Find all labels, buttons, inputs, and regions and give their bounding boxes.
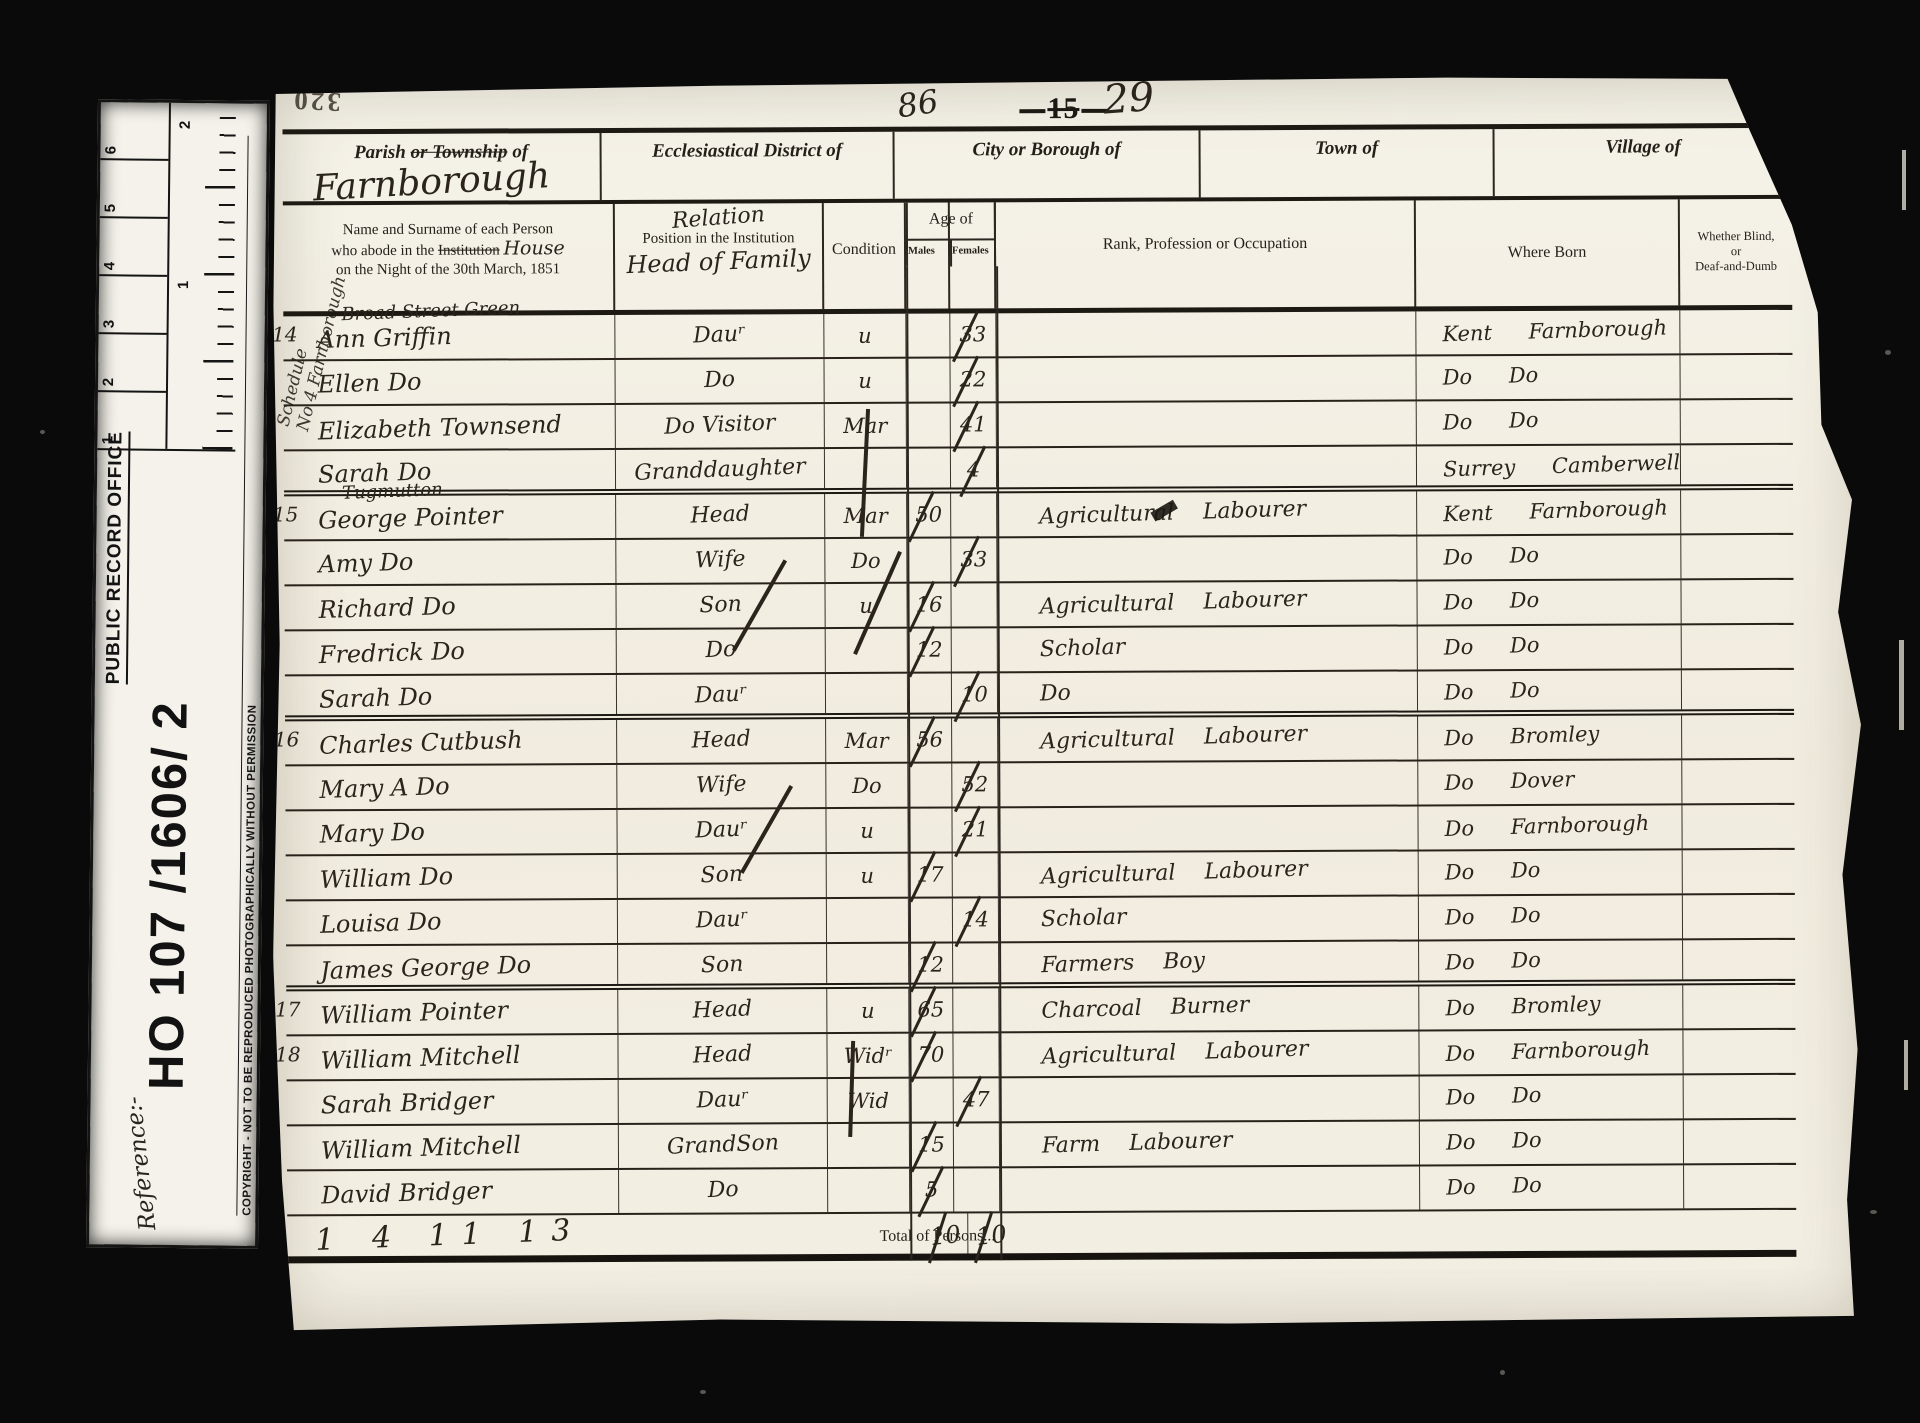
age-male-value: 50	[915, 503, 942, 527]
relation-value: Head	[692, 996, 752, 1023]
relation-cell: Head	[618, 989, 827, 1033]
table-row: Fredrick Do Do 12 Scholar Do Do	[285, 625, 1794, 677]
occupation-cell: Scholar	[998, 626, 1418, 671]
relation-cell: Son	[618, 944, 827, 984]
occupation-cell	[997, 401, 1417, 446]
occupation-cell	[997, 536, 1417, 581]
ruler-inch-band: 1 2	[167, 103, 236, 450]
age-female-value: 52	[961, 772, 988, 796]
person-name: Fredrick Do	[318, 637, 465, 669]
film-speck	[1500, 1370, 1505, 1375]
age-male-value: 17	[917, 863, 944, 887]
condition-value: u	[861, 999, 875, 1023]
age-female-value: 21	[962, 817, 989, 841]
blind-deaf-cell	[1681, 490, 1793, 533]
schedule-number: 115	[260, 502, 298, 526]
struck-folio-number: 15	[1017, 92, 1109, 126]
name-cell: George Pointer	[284, 495, 616, 539]
blind-deaf-cell	[1680, 310, 1792, 353]
age-female-cell: 52	[952, 763, 998, 806]
person-name: Richard Do	[318, 592, 456, 624]
birthplace-cell: Do Do	[1420, 1075, 1684, 1119]
film-speck	[1885, 350, 1891, 355]
condition-cell	[828, 1169, 910, 1212]
age-female-value: 41	[960, 412, 987, 436]
folio-number: 29	[1102, 74, 1156, 124]
name-cell: Sarah Bridger	[287, 1080, 619, 1124]
age-male-cell: 12	[908, 629, 952, 672]
relation-cell: Do	[619, 1169, 828, 1213]
age-female-cell	[951, 493, 997, 536]
relation-cell: Dauʳ	[615, 314, 824, 358]
birthplace-cell: Do Do	[1417, 535, 1681, 579]
birthplace-value: Surrey Camberwell	[1443, 450, 1681, 481]
blind-deaf-cell	[1683, 895, 1795, 938]
condition-cell: u	[824, 359, 906, 402]
occupation-cell	[998, 761, 1418, 806]
age-male-value: 15	[918, 1133, 945, 1157]
person-name: James George Do	[320, 951, 532, 985]
age-female-value: 14	[962, 907, 989, 931]
occupation-cell: Agricultural Labourer	[997, 581, 1417, 626]
relation-value: Do Visitor	[664, 410, 776, 439]
birthplace-value: Kent Farnborough	[1443, 495, 1668, 526]
occupation-cell: Agricultural Labourer	[997, 491, 1417, 536]
birthplace-cell: Do Dover	[1418, 760, 1682, 804]
table-body: 114 Broad Street Green Ann Griffin Dauʳ …	[283, 310, 1796, 1217]
blind-deaf-cell	[1683, 1030, 1795, 1073]
blind-deaf-cell	[1681, 535, 1793, 578]
blind-deaf-cell	[1684, 1120, 1796, 1163]
age-male-cell	[907, 449, 951, 488]
ruler-inch-number: 1	[175, 281, 192, 290]
condition-cell: Mar	[826, 719, 908, 762]
blind-deaf-cell	[1683, 985, 1795, 1028]
relation-cell: Do	[617, 629, 826, 673]
name-cell: Fredrick Do	[285, 630, 617, 674]
name-cell: Richard Do	[284, 585, 616, 629]
relation-cell: Head	[616, 494, 825, 538]
occupation-value: Farmers Boy	[1041, 948, 1206, 978]
person-name: William Mitchell	[321, 1131, 522, 1165]
age-male-value: 65	[917, 998, 944, 1022]
enumerator-mark: 86	[895, 82, 941, 125]
birthplace-value: Do Do	[1443, 588, 1539, 615]
name-cell: Mary Do	[285, 810, 617, 854]
relation-cell: Granddaughter	[616, 449, 825, 489]
condition-cell: u	[827, 989, 909, 1032]
ruler-number: 1	[97, 390, 166, 449]
age-male-value: 70	[918, 1043, 945, 1067]
occupation-value: Farm Labourer	[1042, 1128, 1233, 1159]
birthplace-value: Do Farnborough	[1444, 811, 1649, 841]
ruler-cm-band: 1 2 3 4 5 6	[97, 102, 171, 449]
pro-card-rotated-content: Reference:- HO 107 /1606/ 2 PUBLIC RECOR…	[89, 102, 267, 1246]
age-female-value: 33	[960, 547, 987, 571]
name-cell: Sarah Do	[285, 675, 617, 715]
person-name: Sarah Bridger	[320, 1086, 494, 1119]
birthplace-value: Do Do	[1446, 1173, 1542, 1200]
name-cell: Amy Do	[284, 540, 616, 584]
name-cell: William Pointer	[286, 990, 618, 1034]
total-males-cell: 10	[923, 1213, 967, 1253]
age-female-value: 33	[959, 322, 986, 346]
birthplace-cell: Do Do	[1420, 1165, 1684, 1209]
occupation-cell: Charcoal Burner	[999, 986, 1419, 1031]
person-name: Mary A Do	[319, 772, 450, 804]
blind-deaf-cell	[1682, 805, 1794, 848]
condition-cell: Widʳ	[827, 1034, 909, 1077]
column-rule	[906, 267, 908, 314]
birthplace-cell: Do Do	[1417, 580, 1681, 624]
condition-cell	[826, 674, 908, 713]
occupation-cell	[996, 311, 1416, 356]
relation-value: Dauʳ	[693, 321, 747, 348]
age-male-cell	[908, 764, 952, 807]
condition-cell: Mar	[825, 494, 907, 537]
where-born-column-header: Where Born	[1416, 199, 1680, 306]
page-number-stamp: 320	[291, 84, 342, 117]
occupation-value: Agricultural Labourer	[1040, 856, 1308, 889]
occupation-value: Agricultural Labourer	[1039, 586, 1307, 619]
condition-cell	[827, 944, 909, 983]
relation-cell: Dauʳ	[619, 1079, 828, 1123]
blind-deaf-cell	[1681, 580, 1793, 623]
age-male-cell: 50	[907, 494, 951, 537]
relation-cell: Wife	[616, 539, 825, 583]
person-name: George Pointer	[318, 501, 503, 535]
occupation-cell	[998, 806, 1418, 851]
age-male-cell	[907, 539, 951, 582]
occupation-cell: Agricultural Labourer	[999, 1031, 1419, 1076]
person-name: William Do	[319, 862, 453, 894]
occupation-cell	[1000, 1076, 1420, 1121]
blind-deaf-cell	[1682, 760, 1794, 803]
age-female-cell: 33	[950, 313, 996, 356]
occupation-cell	[1000, 1166, 1420, 1211]
relation-value: Dauʳ	[694, 681, 748, 708]
blind-deaf-cell	[1681, 400, 1793, 443]
age-female-value: 10	[961, 682, 988, 706]
blind-deaf-cell	[1682, 625, 1794, 668]
census-sheet: 320 86 15 29 Schedule No 4 Farnborough P…	[269, 75, 1866, 1332]
blind-deaf-cell	[1682, 715, 1794, 758]
table-row: Ellen Do Do u 22 Do Do	[284, 355, 1793, 407]
table-row: Amy Do Wife Do 33 Do Do	[284, 535, 1793, 587]
age-male-cell	[909, 899, 953, 942]
person-name: Mary Do	[319, 817, 425, 848]
age-female-cell: 47	[954, 1078, 1000, 1121]
relation-value: Head	[691, 726, 751, 753]
birthplace-value: Do Do	[1445, 1083, 1541, 1110]
birthplace-cell: Do Farnborough	[1418, 805, 1682, 849]
condition-value: u	[860, 819, 874, 843]
person-name: William Mitchell	[320, 1041, 521, 1075]
birthplace-cell: Do Do	[1416, 355, 1680, 399]
birthplace-value: Do Do	[1442, 363, 1538, 390]
person-name: Louisa Do	[320, 907, 442, 939]
table-row: James George Do Son 12 Farmers Boy Do Do	[286, 940, 1795, 992]
total-females-cell: 10	[967, 1213, 1013, 1253]
table-row: Mary Do Dauʳ u 21 Do Farnborough	[285, 805, 1794, 857]
name-cell: Ellen Do	[284, 360, 616, 404]
occupation-value: Agricultural Labourer	[1041, 1036, 1309, 1069]
ruler-number: 2	[98, 332, 167, 391]
birthplace-cell: Do Bromley	[1418, 715, 1682, 759]
age-female-cell	[953, 943, 999, 982]
age-male-cell	[908, 809, 952, 852]
age-male-cell	[910, 1079, 954, 1122]
schedule-number: 118	[262, 1042, 300, 1066]
village-cell: Village of	[1495, 128, 1792, 196]
table-row: David Bridger Do 5 Do Do	[287, 1165, 1796, 1217]
condition-cell: u	[827, 854, 909, 897]
table-row: Louisa Do Dauʳ 14 Scholar Do Do	[286, 895, 1795, 947]
age-male-cell: 12	[909, 944, 953, 983]
age-female-cell	[953, 853, 999, 896]
age-male-value: 12	[917, 953, 944, 977]
person-name: Charles Cutbush	[319, 726, 523, 760]
females-label: Females	[952, 240, 994, 266]
relation-cell: Dauʳ	[617, 809, 826, 853]
table-row: 117 William Pointer Head u 65 Charcoal B…	[286, 985, 1795, 1037]
person-name: Amy Do	[318, 548, 414, 579]
film-speck	[1870, 1210, 1877, 1214]
blind-deaf-cell	[1684, 1165, 1796, 1208]
condition-cell	[828, 1124, 910, 1167]
table-row: Sarah Do Dauʳ 10 Do Do Do	[285, 670, 1794, 722]
relation-cell: Dauʳ	[618, 899, 827, 943]
copyright-notice: COPYRIGHT - NOT TO BE REPRODUCED PHOTOGR…	[236, 136, 264, 1216]
birthplace-cell: Do Do	[1417, 400, 1681, 444]
total-males-value: 10	[929, 1220, 962, 1251]
condition-cell: Wid	[828, 1079, 910, 1122]
table-row: Elizabeth Townsend Do Visitor Mar 41 Do …	[284, 400, 1793, 452]
birthplace-value: Do Bromley	[1445, 992, 1601, 1021]
person-name: William Pointer	[320, 996, 509, 1030]
table-row: William Mitchell GrandSon 15 Farm Labour…	[287, 1120, 1796, 1172]
age-female-cell: 4	[951, 448, 997, 487]
table-row: 116 Charles Cutbush Head Mar 56 Agricult…	[285, 715, 1794, 767]
age-female-cell	[951, 583, 997, 626]
person-name: Sarah Do	[319, 682, 433, 713]
relation-column-header: Relation Position in the Institution Hea…	[615, 203, 824, 310]
name-cell: Mary A Do	[285, 765, 617, 809]
birthplace-cell: Kent Farnborough	[1417, 490, 1681, 534]
person-name: David Bridger	[321, 1176, 493, 1209]
occupation-value: Scholar	[1041, 905, 1127, 933]
condition-value: Wid	[847, 1089, 888, 1113]
relation-cell: Do	[615, 359, 824, 403]
birthplace-value: Do Do	[1446, 1128, 1542, 1155]
relation-cell: Son	[616, 584, 825, 628]
age-of-header: Age of Males Females	[906, 202, 996, 266]
relation-cell: Do Visitor	[616, 404, 825, 448]
birthplace-value: Do Do	[1444, 858, 1540, 885]
place-header-band: Parish or Township of Farnborough Eccles…	[282, 123, 1791, 206]
blind-deaf-cell	[1681, 445, 1793, 484]
birthplace-value: Do Farnborough	[1445, 1036, 1650, 1066]
relation-value: Son	[699, 592, 742, 619]
relation-value: Son	[700, 952, 743, 979]
film-edge-sliver	[1902, 150, 1906, 210]
age-female-cell	[954, 1123, 1000, 1166]
occupation-column-header: Rank, Profession or Occupation	[996, 200, 1416, 308]
blind-deaf-cell	[1684, 1075, 1796, 1118]
public-record-office-title: PUBLIC RECORD OFFICE	[103, 431, 131, 685]
relation-cell: GrandSon	[619, 1124, 828, 1168]
age-male-cell	[906, 314, 950, 357]
table-row: Richard Do Son u 16 Agricultural Laboure…	[284, 580, 1793, 632]
ruler: 1 2 3 4 5 6 1 2	[97, 102, 239, 451]
birthplace-cell: Do Do	[1418, 670, 1682, 710]
condition-cell: u	[826, 809, 908, 852]
relation-value: Do	[707, 1177, 739, 1203]
condition-value: u	[860, 864, 874, 888]
condition-value: Do	[852, 774, 882, 798]
age-male-value: 5	[925, 1178, 938, 1202]
schedule-number: 117	[262, 997, 300, 1021]
males-label: Males	[908, 241, 952, 267]
age-male-cell	[907, 404, 951, 447]
ruler-inch-number: 2	[177, 121, 194, 130]
table-row: Mary A Do Wife Do 52 Do Dover	[285, 760, 1794, 812]
parish-cell: Parish or Township of Farnborough	[283, 133, 602, 201]
address-note: Tugmutton	[342, 479, 443, 504]
condition-value: u	[858, 324, 872, 348]
name-cell: Elizabeth Townsend	[284, 405, 616, 449]
birthplace-cell: Do Bromley	[1419, 985, 1683, 1029]
birthplace-value: Do Dover	[1444, 767, 1575, 795]
person-name: Elizabeth Townsend	[317, 410, 562, 445]
age-male-cell: 65	[909, 989, 953, 1032]
relation-value: Dauʳ	[695, 816, 749, 843]
table-row: William Do Son u 17 Agricultural Laboure…	[286, 850, 1795, 902]
age-male-cell: 70	[909, 1034, 953, 1077]
blind-deaf-cell	[1683, 940, 1795, 979]
birthplace-value: Do Do	[1444, 678, 1540, 705]
relation-cell: Head	[617, 719, 826, 763]
relation-value: Dauʳ	[695, 906, 749, 933]
age-female-cell: 41	[951, 403, 997, 446]
birthplace-cell: Do Do	[1419, 850, 1683, 894]
age-male-cell	[908, 674, 952, 713]
occupation-value: Scholar	[1039, 635, 1125, 663]
film-edge-sliver	[1904, 1040, 1908, 1090]
condition-value: Mar	[844, 504, 888, 528]
condition-cell	[827, 899, 909, 942]
age-female-value: 47	[963, 1087, 990, 1111]
total-females-value: 10	[974, 1220, 1007, 1251]
relation-value: Dauʳ	[696, 1086, 750, 1113]
relation-value: Head	[692, 1041, 752, 1068]
city-borough-cell: City or Borough of	[895, 130, 1201, 198]
occupation-cell: Agricultural Labourer	[998, 716, 1418, 761]
archive-reference: HO 107 /1606/ 2	[139, 700, 199, 1090]
occupation-cell: Do	[998, 671, 1418, 712]
relation-cell: Dauʳ	[617, 674, 826, 714]
birthplace-value: Do Do	[1443, 633, 1539, 660]
birthplace-cell: Do Do	[1419, 940, 1683, 980]
age-male-cell: 15	[910, 1124, 954, 1167]
age-female-value: 4	[967, 457, 980, 481]
occupation-cell: Farmers Boy	[999, 941, 1419, 982]
age-female-cell: 22	[950, 358, 996, 401]
age-female-cell	[952, 718, 998, 761]
name-cell: William Mitchell	[287, 1125, 619, 1169]
age-female-cell: 10	[952, 673, 998, 712]
town-cell: Town of	[1201, 129, 1495, 197]
age-male-value: 56	[916, 728, 943, 752]
ruler-number: 5	[100, 158, 169, 217]
table-row: 115 Tugmutton George Pointer Head Mar 50…	[284, 490, 1793, 542]
ruler-number: 4	[99, 216, 168, 275]
tally-marks: 1 4 11 13	[315, 1212, 585, 1258]
name-cell: Sarah Do	[284, 450, 616, 490]
name-cell: Ann Griffin	[283, 315, 615, 359]
name-cell: William Mitchell	[286, 1035, 618, 1079]
occupation-value: Agricultural Labourer	[1040, 721, 1308, 754]
occupation-cell: Agricultural Labourer	[999, 851, 1419, 896]
birthplace-value: Do Do	[1443, 543, 1539, 570]
reference-label: Reference:-	[120, 1095, 161, 1232]
age-male-value: 12	[916, 638, 943, 662]
birthplace-value: Do Do	[1442, 408, 1538, 435]
blind-deaf-cell	[1680, 355, 1792, 398]
birthplace-cell: Surrey Camberwell	[1417, 445, 1681, 485]
ecclesiastical-district-cell: Ecclesiastical District of	[602, 132, 895, 200]
age-female-cell: 33	[951, 538, 997, 581]
relation-value: Son	[700, 862, 743, 889]
person-name: Ann Griffin	[317, 322, 452, 354]
schedule-number: 116	[261, 727, 299, 751]
film-speck	[700, 1390, 706, 1394]
birthplace-cell: Do Do	[1420, 1120, 1684, 1164]
occupation-cell	[997, 446, 1417, 487]
age-female-cell	[952, 628, 998, 671]
relation-cell: Head	[618, 1034, 827, 1078]
blind-deaf-column-header: Whether Blind, or Deaf-and-Dumb	[1680, 199, 1792, 305]
birthplace-cell: Do Farnborough	[1419, 1030, 1683, 1074]
blind-deaf-cell	[1682, 670, 1794, 709]
age-female-cell	[953, 1033, 999, 1076]
age-male-cell: 5	[910, 1169, 954, 1212]
film-edge-sliver	[1899, 640, 1904, 730]
name-cell: David Bridger	[287, 1170, 619, 1214]
age-male-value: 16	[916, 593, 943, 617]
relation-cell: Wife	[617, 764, 826, 808]
age-female-cell	[954, 1168, 1000, 1211]
table-row: 114 Broad Street Green Ann Griffin Dauʳ …	[283, 310, 1792, 362]
condition-value: u	[858, 369, 872, 393]
name-column-header: Name and Surname of each Person who abod…	[283, 204, 615, 311]
age-male-cell: 16	[907, 584, 951, 627]
age-female-value: 22	[960, 367, 987, 391]
person-name: Ellen Do	[317, 367, 422, 398]
condition-value: Do	[851, 549, 881, 573]
film-speck	[40, 430, 45, 434]
table-row: 118 William Mitchell Head Widʳ 70 Agricu…	[286, 1030, 1795, 1082]
total-row: 1 4 11 13 Total of Persons... 10 10	[287, 1210, 1796, 1264]
name-cell: Louisa Do	[286, 900, 618, 944]
ruler-number: 6	[100, 102, 169, 159]
relation-cell: Son	[618, 854, 827, 898]
table-row: Sarah Bridger Dauʳ Wid 47 Do Do	[287, 1075, 1796, 1127]
table-row: Sarah Do Granddaughter 4 Surrey Camberwe…	[284, 445, 1793, 497]
age-female-cell	[953, 988, 999, 1031]
relation-value: Do	[704, 367, 736, 393]
handwritten-house: House	[503, 237, 564, 259]
